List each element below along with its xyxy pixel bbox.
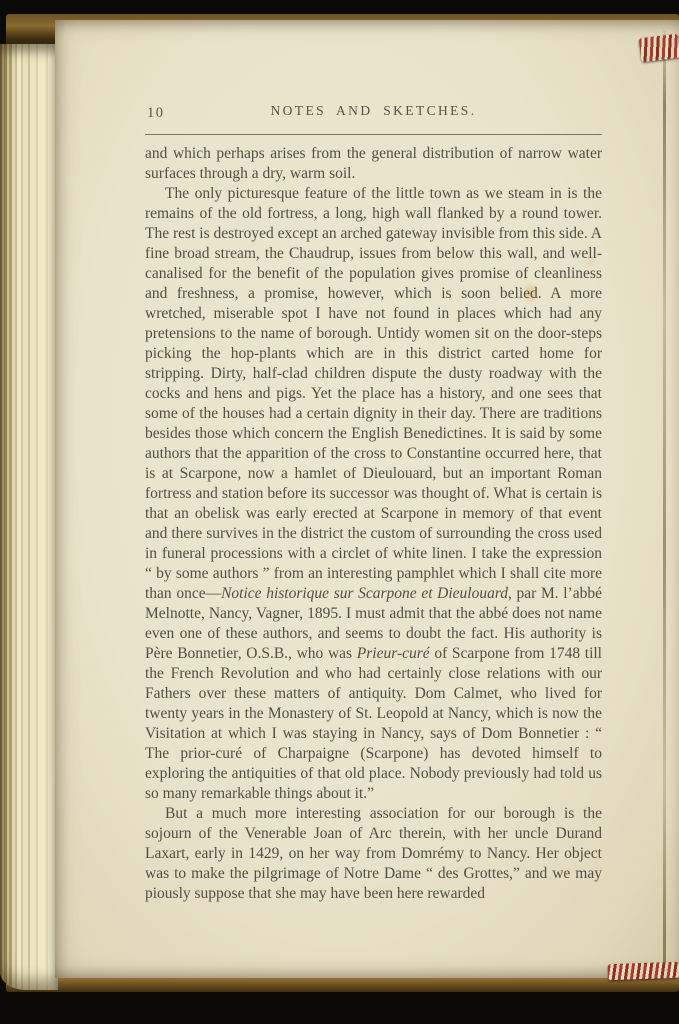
page-stack-fore-edge	[0, 44, 58, 990]
header-rule	[145, 134, 602, 135]
page-content: 10 NOTES AND SKETCHES. and which perhaps…	[145, 103, 602, 904]
paragraph: and which perhaps arises from the genera…	[145, 144, 602, 184]
text-segment: But a much more interesting association …	[145, 805, 602, 902]
endband-top-right	[639, 34, 679, 63]
photograph-of-open-book: 10 NOTES AND SKETCHES. and which perhaps…	[0, 0, 679, 1024]
text-segment: Prieur-curé	[357, 645, 430, 662]
endband-bottom-right	[608, 962, 679, 980]
text-segment: of Scarpone from 1748 till the French Re…	[145, 645, 602, 802]
body-text: and which perhaps arises from the genera…	[145, 144, 602, 904]
paragraph: The only picturesque feature of the litt…	[145, 184, 602, 804]
text-segment: and which perhaps arises from the genera…	[145, 145, 602, 182]
book-page: 10 NOTES AND SKETCHES. and which perhaps…	[55, 20, 679, 978]
text-segment: The only picturesque feature of the litt…	[145, 185, 602, 602]
text-segment: Notice historique sur Scarpone et Dieulo…	[221, 585, 508, 602]
running-head: 10 NOTES AND SKETCHES.	[145, 103, 602, 125]
page-gutter-crease	[663, 30, 666, 970]
page-number: 10	[147, 105, 165, 122]
page-title: NOTES AND SKETCHES.	[145, 103, 602, 119]
paragraph: But a much more interesting association …	[145, 804, 602, 904]
